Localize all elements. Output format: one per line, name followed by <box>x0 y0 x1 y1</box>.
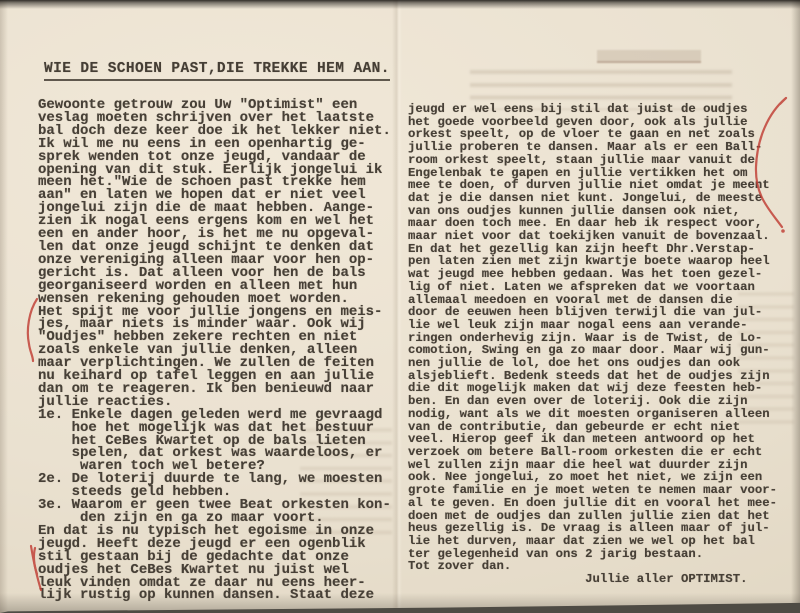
text-line: maar niet voor dat toekijken vanuit de b… <box>408 230 790 243</box>
scanned-newsletter-page: WIE DE SCHOEN PAST,DIE TREKKE HEM AAN. G… <box>0 0 800 613</box>
text-line: nodig, want als we dit moesten organiser… <box>408 408 790 421</box>
text-line: jeugd er wel eens bij stil dat juist de … <box>408 103 790 116</box>
left-column-text: Gewoonte getrouw zou Uw "Optimist" eenve… <box>38 99 398 602</box>
text-line: lig of niet. Laten we afspreken dat we v… <box>408 281 790 294</box>
text-line: al te geven. En doen jullie dit en voora… <box>408 497 790 510</box>
text-line: nen jullie de lol, doe het ons oudjes da… <box>408 357 790 370</box>
scan-edge-left <box>0 0 8 613</box>
text-line: heus gezellig is. De vraag is alleen maa… <box>408 522 790 535</box>
text-line: dat je die dansen niet kunt. Jongelui, d… <box>408 192 790 205</box>
text-line: room orkest speelt, staan jullie maar va… <box>408 154 790 167</box>
bleedthrough-heading <box>597 50 701 63</box>
text-line: Jullie aller OPTIMIST. <box>408 573 790 586</box>
red-margin-stroke-left-1 <box>28 299 37 361</box>
text-line: lie wel leuk zijn maar nogal eens aan ve… <box>408 319 790 332</box>
article-title: WIE DE SCHOEN PAST,DIE TREKKE HEM AAN. <box>44 61 390 81</box>
text-line: grote familie en je moet weten te nemen … <box>408 484 790 497</box>
scan-edge-top <box>0 0 800 9</box>
text-line: jullie proberen te dansen. Maar als er e… <box>408 141 790 154</box>
text-line: lie het durven, maar dat zien we wel op … <box>408 535 790 548</box>
scan-edge-right <box>791 0 800 613</box>
right-column-text: jeugd er wel eens bij stil dat juist de … <box>408 103 790 586</box>
text-line: ben. En dan even over de loterij. Ook di… <box>408 395 790 408</box>
text-line: wat jeugd mee hebben gedaan. Was het toe… <box>408 268 790 281</box>
red-margin-stroke-left-2b <box>34 548 37 574</box>
text-line: verzoek om betere Ball-room orkesten die… <box>408 446 790 459</box>
